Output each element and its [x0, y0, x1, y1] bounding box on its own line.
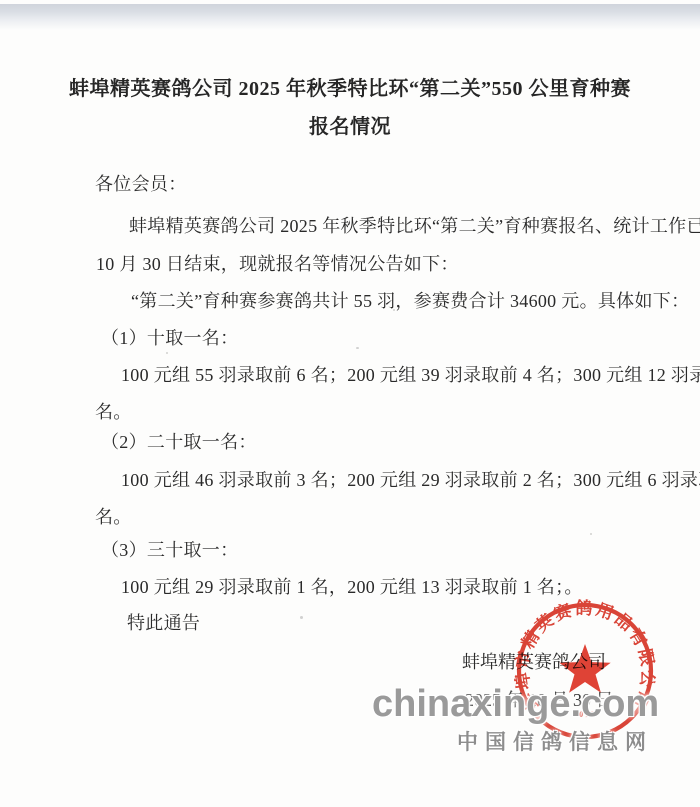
watermark-site-name: 中国信鸽信息网: [457, 726, 653, 756]
scan-shadow-artifact: [0, 4, 700, 30]
document-title-line2: 报名情况: [0, 110, 700, 139]
document-title-line1: 蚌埠精英赛鸽公司 2025 年秋季特比环“第二关”550 公里育种赛: [0, 72, 700, 101]
scanned-announcement-page: 蚌埠精英赛鸽公司 2025 年秋季特比环“第二关”550 公里育种赛 报名情况 …: [0, 0, 700, 807]
scan-speck: [590, 533, 592, 535]
paragraph-line: 10 月 30 日结束，现就报名等情况公告如下：: [96, 250, 459, 276]
salutation: 各位会员：: [95, 170, 187, 196]
paragraph-line: “第二关”育种赛参赛鸽共计 55 羽，参赛费合计 34600 元。具体如下：: [131, 287, 689, 313]
list-item-line: 100 元组 46 羽录取前 3 名；200 元组 29 羽录取前 2 名；30…: [121, 466, 700, 492]
list-item-line: 100 元组 55 羽录取前 6 名；200 元组 39 羽录取前 4 名；30…: [121, 361, 700, 387]
list-item-line: 名。: [95, 503, 132, 529]
paragraph-line: 蚌埠精英赛鸽公司 2025 年秋季特比环“第二关”育种赛报名、统计工作已于: [129, 212, 700, 238]
list-item-line: 名。: [95, 398, 132, 424]
scan-speck: [356, 347, 359, 349]
watermark-site-url: chinaxinge.com: [372, 683, 659, 726]
list-item-heading: （1）十取一名：: [101, 324, 238, 350]
list-item-heading: （2）二十取一名：: [101, 428, 257, 454]
scan-speck: [300, 616, 303, 619]
list-item-heading: （3）三十取一：: [101, 536, 238, 562]
scan-speck: [166, 352, 168, 354]
closing-note: 特此通告: [127, 609, 200, 635]
